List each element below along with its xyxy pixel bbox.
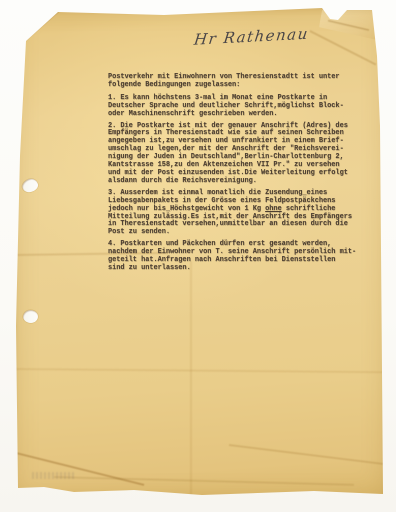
paragraph-4: 4. Postkarten und Päckchen dürfen erst g… [108,241,368,273]
photo-backdrop: Hr Rathenau Postverkehr mit Einwohnern v… [0,0,396,512]
paragraph-2: 2. Die Postkarte ist mit der genauer Ans… [108,123,368,186]
paragraph-3: 3. Ausserdem ist einmal monatlich die Zu… [108,190,368,237]
crease-line [229,444,390,466]
paragraph-1: 1. Es kann höchstens 3-mal im Monat eine… [108,95,368,119]
crease-line [16,452,145,486]
handwritten-annotation: Hr Rathenau [193,23,335,48]
fold-line-vertical [190,261,192,498]
faint-stamp-mark [32,472,76,479]
crease-line [14,368,386,373]
paragraph-3-emphasis: ohne [265,205,282,213]
typewritten-text: Postverkehr mit Einwohnern von Theresien… [108,74,368,277]
punch-hole-top [20,177,39,194]
crease-line [54,476,354,486]
intro-paragraph: Postverkehr mit Einwohnern von Theresien… [108,74,368,90]
punch-hole-bottom [23,310,38,323]
document-page: Hr Rathenau Postverkehr mit Einwohnern v… [14,6,386,498]
crease-line [23,10,59,42]
